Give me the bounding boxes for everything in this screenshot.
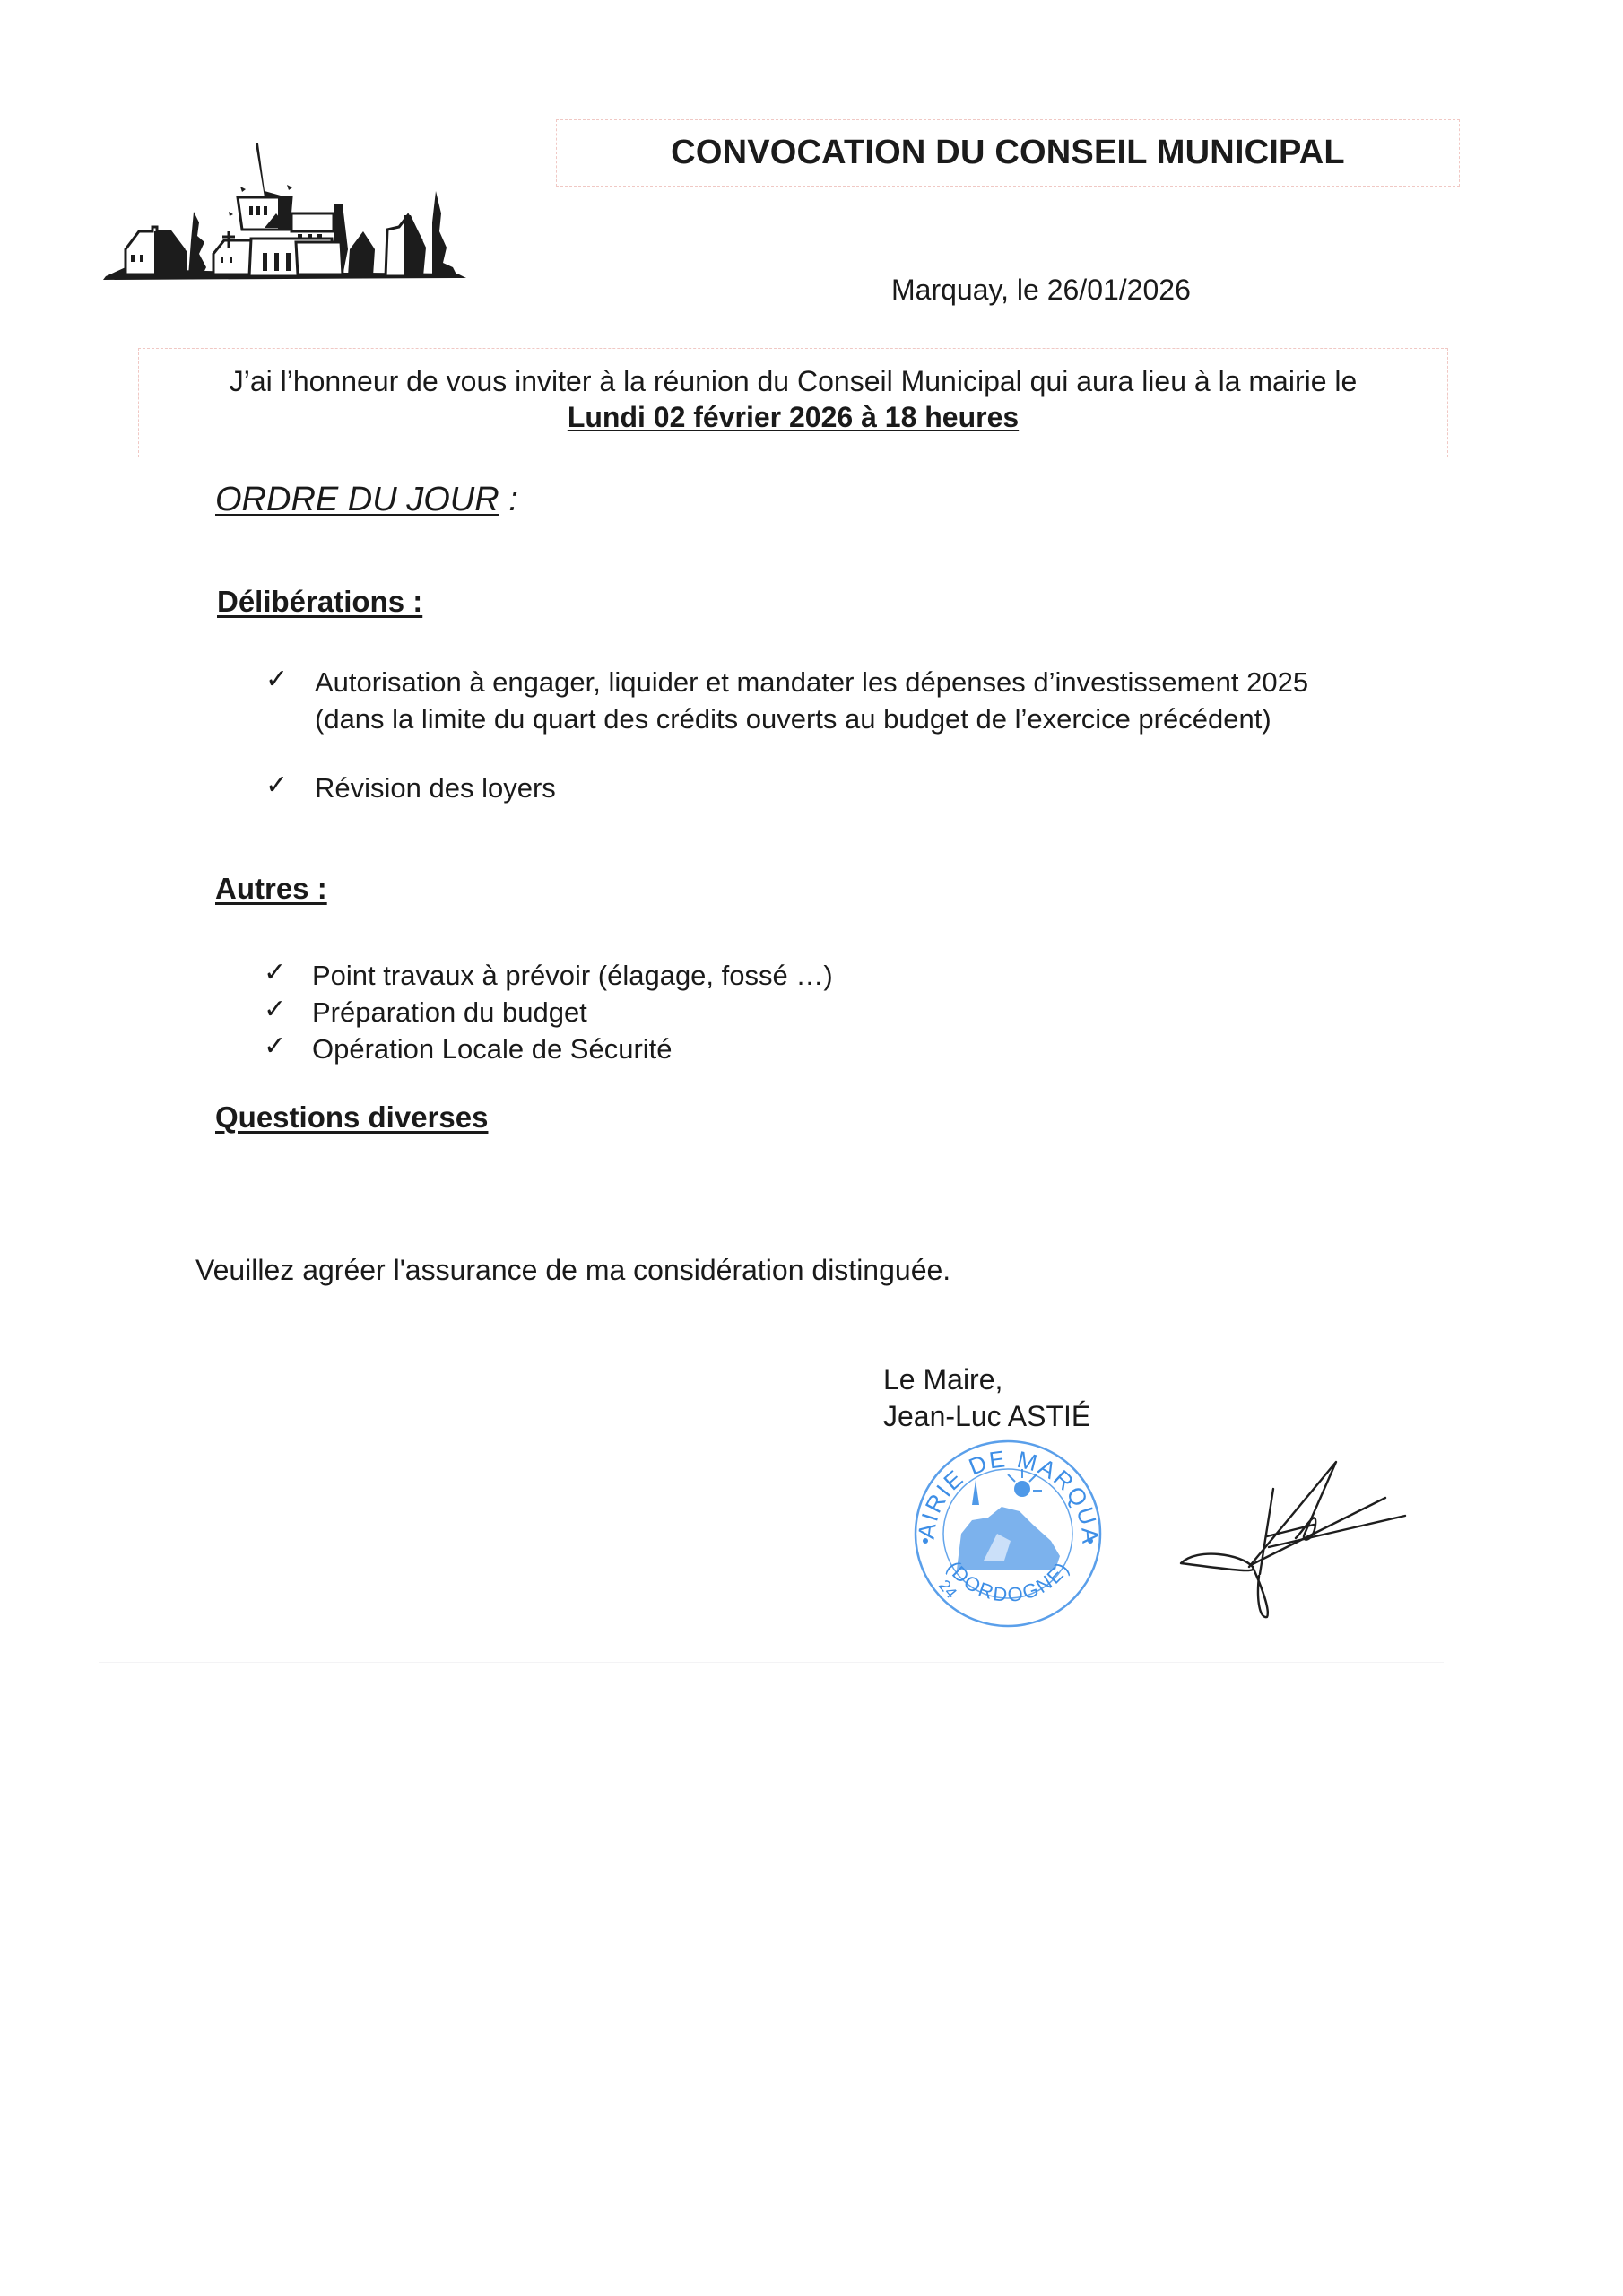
list-item: ✓ Révision des loyers [265,770,556,806]
invitation-text: J’ai l’honneur de vous inviter à la réun… [139,363,1447,399]
checkmark-icon: ✓ [264,957,286,988]
list-item: ✓ Autorisation à engager, liquider et ma… [265,664,1308,737]
agenda-heading: ORDRE DU JOUR : [215,481,518,519]
signatory: Le Maire, Jean-Luc ASTIÉ [883,1361,1090,1435]
checkmark-icon: ✓ [264,994,286,1025]
handwritten-signature [1170,1457,1412,1623]
scan-artifact-line [99,1662,1444,1663]
list-item-line: Point travaux à prévoir (élagage, fossé … [312,957,833,994]
agenda-heading-label: ORDRE DU JOUR [215,481,499,518]
section-questions-title: Questions diverses [215,1100,488,1135]
section-deliberations-title: Délibérations : [217,585,422,619]
checkmark-icon: ✓ [265,664,288,695]
list-item-line: Autorisation à engager, liquider et mand… [315,664,1308,700]
title-box: CONVOCATION DU CONSEIL MUNICIPAL [556,119,1460,187]
official-stamp: MAIRIE DE MARQUAY (DORDOGNE) 24 [907,1435,1109,1632]
list-item: ✓ Point travaux à prévoir (élagage, foss… [264,957,833,994]
list-item: ✓ Opération Locale de Sécurité [264,1031,673,1067]
signatory-name: Jean-Luc ASTIÉ [883,1398,1090,1435]
meeting-datetime: Lundi 02 février 2026 à 18 heures [568,401,1019,433]
list-item-line: Préparation du budget [312,994,587,1031]
checkmark-icon: ✓ [264,1031,286,1062]
village-logo [99,142,471,282]
list-item-line: (dans la limite du quart des crédits ouv… [315,700,1308,737]
document-title: CONVOCATION DU CONSEIL MUNICIPAL [671,134,1345,172]
agenda-heading-colon: : [499,481,518,518]
closing-formula: Veuillez agréer l'assurance de ma consid… [195,1254,950,1287]
signatory-role: Le Maire, [883,1361,1090,1398]
list-item-line: Révision des loyers [315,770,556,806]
invitation-box: J’ai l’honneur de vous inviter à la réun… [138,348,1448,457]
list-item: ✓ Préparation du budget [264,994,587,1031]
checkmark-icon: ✓ [265,770,288,801]
list-item-line: Opération Locale de Sécurité [312,1031,673,1067]
section-autres-title: Autres : [215,872,327,906]
place-date: Marquay, le 26/01/2026 [891,274,1191,307]
